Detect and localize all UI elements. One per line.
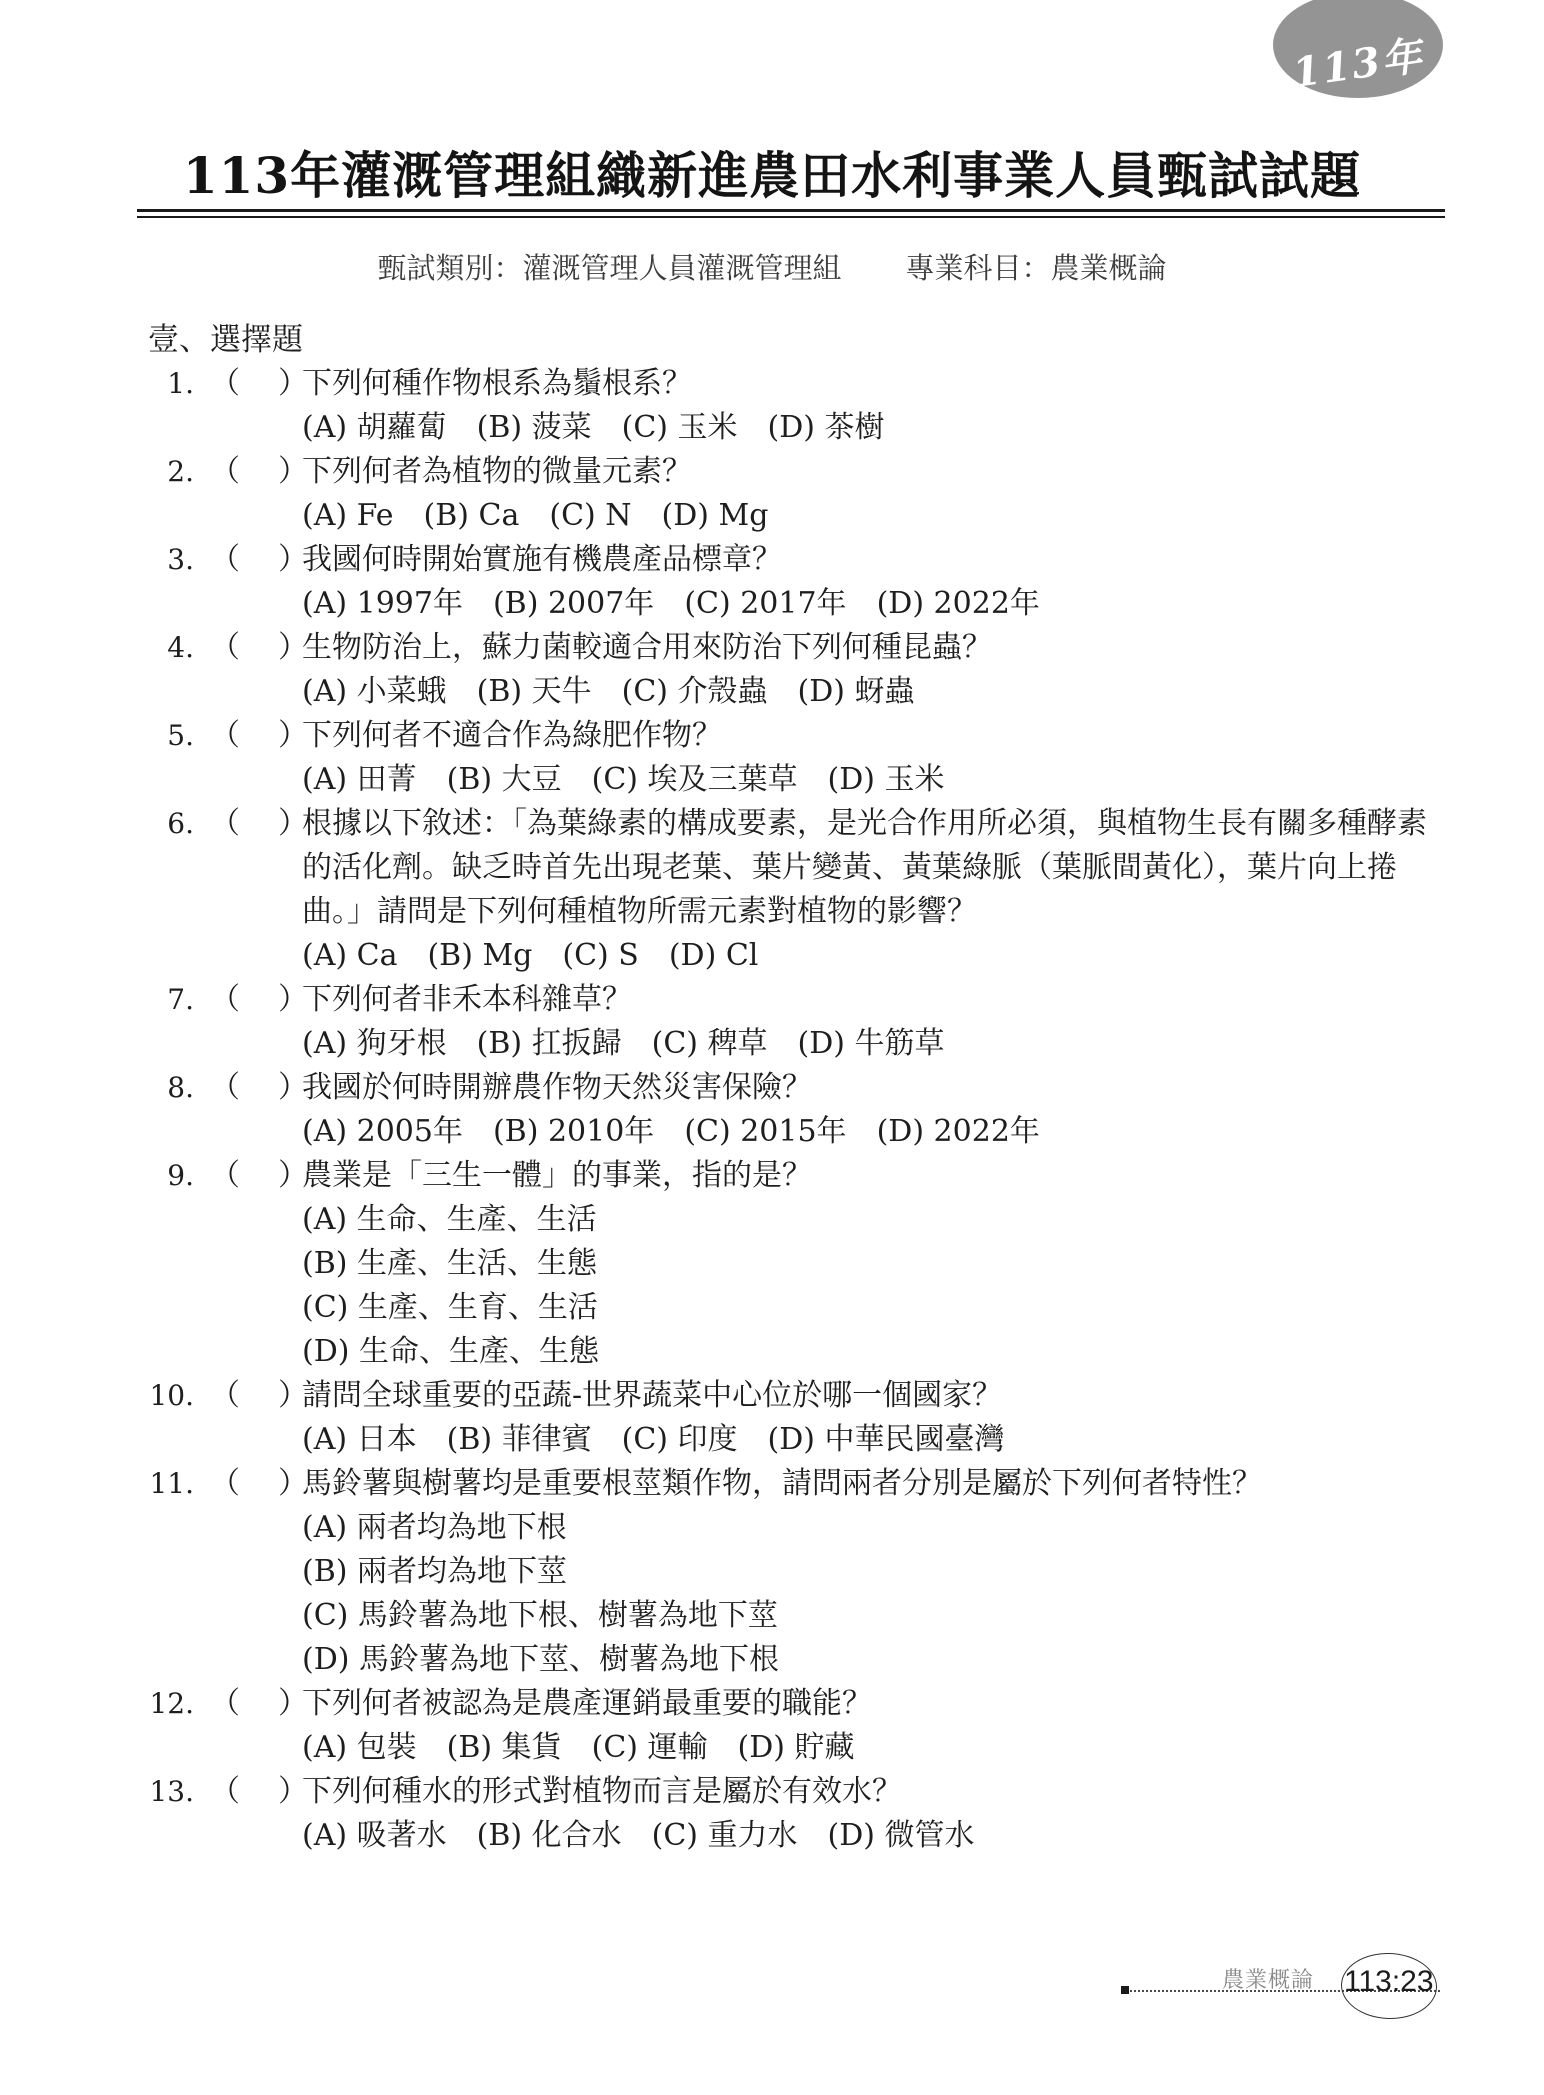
question-number: 4.	[148, 626, 194, 670]
question-options: (A) 日本(B) 菲律賓(C) 印度(D) 中華民國臺灣	[302, 1418, 1448, 1462]
question-options: (A) Fe(B) Ca(C) N(D) Mg	[302, 494, 1448, 538]
option-A: (A) 兩者均為地下根	[302, 1506, 1448, 1550]
question-body: 生物防治上，蘇力菌較適合用來防治下列何種昆蟲？(A) 小菜蛾(B) 天牛(C) …	[302, 626, 1448, 714]
question-number: 8.	[148, 1066, 194, 1110]
question-text: 生物防治上，蘇力菌較適合用來防治下列何種昆蟲？	[302, 626, 1448, 670]
footer-line-start-dot	[1121, 1986, 1129, 1994]
option-C: (C) 介殼蟲	[622, 674, 768, 709]
option-B: (B) 生產、生活、生態	[302, 1242, 1448, 1286]
option-B: (B) 2007年	[493, 586, 654, 621]
page-number: 113:23	[1344, 1965, 1434, 2007]
option-C: (C) 稗草	[652, 1026, 768, 1061]
question-number: 6.	[148, 802, 194, 846]
question-text: 請問全球重要的亞蔬-世界蔬菜中心位於哪一個國家？	[302, 1374, 1448, 1418]
question-row: 10.（ ）請問全球重要的亞蔬-世界蔬菜中心位於哪一個國家？(A) 日本(B) …	[148, 1374, 1448, 1462]
page-title: 113年灌溉管理組織新進農田水利事業人員甄試試題	[0, 136, 1544, 208]
option-D: (D) 馬鈴薯為地下莖、樹薯為地下根	[302, 1638, 1448, 1682]
option-C: (C) 馬鈴薯為地下根、樹薯為地下莖	[302, 1594, 1448, 1638]
question-row: 1.（ ）下列何種作物根系為鬚根系？(A) 胡蘿蔔(B) 菠菜(C) 玉米(D)…	[148, 362, 1448, 450]
question-number: 5.	[148, 714, 194, 758]
option-A: (A) 2005年	[302, 1114, 463, 1149]
page-number-ellipse: 113:23	[1340, 1951, 1438, 2020]
option-B: (B) 化合水	[477, 1818, 622, 1853]
option-A: (A) 1997年	[302, 586, 463, 621]
question-row: 12.（ ）下列何者被認為是農產運銷最重要的職能？(A) 包裝(B) 集貨(C)…	[148, 1682, 1448, 1770]
option-D: (D) 牛筋草	[798, 1026, 945, 1061]
question-body: 我國於何時開辦農作物天然災害保險？(A) 2005年(B) 2010年(C) 2…	[302, 1066, 1448, 1154]
option-B: (B) 扛扳歸	[477, 1026, 622, 1061]
question-options: (A) 1997年(B) 2007年(C) 2017年(D) 2022年	[302, 582, 1448, 626]
answer-parentheses: （ ）	[210, 1066, 278, 1110]
question-options: (A) 2005年(B) 2010年(C) 2015年(D) 2022年	[302, 1110, 1448, 1154]
question-options: (A) Ca(B) Mg(C) S(D) Cl	[302, 934, 1448, 978]
answer-parentheses: （ ）	[210, 626, 278, 670]
option-B: (B) 2010年	[493, 1114, 654, 1149]
question-options: (A) 狗牙根(B) 扛扳歸(C) 稗草(D) 牛筋草	[302, 1022, 1448, 1066]
option-A: (A) 胡蘿蔔	[302, 410, 447, 445]
question-row: 5.（ ）下列何者不適合作為綠肥作物？(A) 田菁(B) 大豆(C) 埃及三葉草…	[148, 714, 1448, 802]
question-number: 11.	[148, 1462, 194, 1506]
answer-parentheses: （ ）	[210, 1154, 278, 1198]
question-row: 8.（ ）我國於何時開辦農作物天然災害保險？(A) 2005年(B) 2010年…	[148, 1066, 1448, 1154]
option-C: (C) 重力水	[652, 1818, 798, 1853]
question-number: 10.	[148, 1374, 194, 1418]
question-number: 12.	[148, 1682, 194, 1726]
option-B: (B) 菠菜	[477, 410, 592, 445]
option-A: (A) 小菜蛾	[302, 674, 447, 709]
question-text: 我國何時開始實施有機農產品標章？	[302, 538, 1448, 582]
question-row: 6.（ ）根據以下敘述：「為葉綠素的構成要素，是光合作用所必須，與植物生長有關多…	[148, 802, 1448, 978]
question-text: 根據以下敘述：「為葉綠素的構成要素，是光合作用所必須，與植物生長有關多種酵素的活…	[302, 802, 1448, 934]
option-B: (B) Ca	[424, 498, 520, 533]
option-A: (A) 日本	[302, 1422, 417, 1457]
question-options: (A) 兩者均為地下根(B) 兩者均為地下莖(C) 馬鈴薯為地下根、樹薯為地下莖…	[302, 1506, 1448, 1682]
year-badge-label: 113年	[1289, 24, 1427, 99]
option-D: (D) 蚜蟲	[798, 674, 915, 709]
question-text: 下列何者為植物的微量元素？	[302, 450, 1448, 494]
question-row: 9.（ ）農業是「三生一體」的事業，指的是？(A) 生命、生產、生活(B) 生產…	[148, 1154, 1448, 1374]
question-text: 下列何者非禾本科雜草？	[302, 978, 1448, 1022]
answer-parentheses: （ ）	[210, 714, 278, 758]
question-text: 馬鈴薯與樹薯均是重要根莖類作物，請問兩者分別是屬於下列何者特性？	[302, 1462, 1448, 1506]
option-D: (D) 玉米	[828, 762, 945, 797]
option-A: (A) 生命、生產、生活	[302, 1198, 1448, 1242]
option-C: (C) 2015年	[684, 1114, 846, 1149]
answer-parentheses: （ ）	[210, 1770, 278, 1814]
option-B: (B) 菲律賓	[447, 1422, 592, 1457]
option-D: (D) 微管水	[828, 1818, 975, 1853]
question-text: 下列何種作物根系為鬚根系？	[302, 362, 1448, 406]
question-text: 下列何者被認為是農產運銷最重要的職能？	[302, 1682, 1448, 1726]
question-body: 下列何者非禾本科雜草？(A) 狗牙根(B) 扛扳歸(C) 稗草(D) 牛筋草	[302, 978, 1448, 1066]
question-number: 2.	[148, 450, 194, 494]
option-D: (D) Cl	[669, 938, 759, 973]
exam-paper-page: 113年 113年灌溉管理組織新進農田水利事業人員甄試試題 甄試類別：灌溉管理人…	[0, 0, 1544, 2095]
option-D: (D) 生命、生產、生態	[302, 1330, 1448, 1374]
option-C: (C) N	[549, 498, 631, 533]
answer-parentheses: （ ）	[210, 978, 278, 1022]
option-C: (C) 埃及三葉草	[592, 762, 798, 797]
option-B: (B) 天牛	[477, 674, 592, 709]
option-C: (C) 玉米	[622, 410, 738, 445]
subtitle-row: 甄試類別：灌溉管理人員灌溉管理組專業科目：農業概論	[0, 246, 1544, 287]
option-C: (C) 印度	[622, 1422, 738, 1457]
option-A: (A) Fe	[302, 498, 394, 533]
option-A: (A) 包裝	[302, 1730, 417, 1765]
question-row: 11.（ ）馬鈴薯與樹薯均是重要根莖類作物，請問兩者分別是屬於下列何者特性？(A…	[148, 1462, 1448, 1682]
question-text: 農業是「三生一體」的事業，指的是？	[302, 1154, 1448, 1198]
option-A: (A) 田菁	[302, 762, 417, 797]
answer-parentheses: （ ）	[210, 362, 278, 406]
answer-parentheses: （ ）	[210, 538, 278, 582]
option-C: (C) 2017年	[684, 586, 846, 621]
answer-parentheses: （ ）	[210, 1374, 278, 1418]
answer-parentheses: （ ）	[210, 802, 278, 846]
option-B: (B) 大豆	[447, 762, 562, 797]
option-C: (C) 運輸	[592, 1730, 708, 1765]
option-A: (A) Ca	[302, 938, 397, 973]
question-body: 下列何種水的形式對植物而言是屬於有效水？(A) 吸著水(B) 化合水(C) 重力…	[302, 1770, 1448, 1858]
question-body: 請問全球重要的亞蔬-世界蔬菜中心位於哪一個國家？(A) 日本(B) 菲律賓(C)…	[302, 1374, 1448, 1462]
option-B: (B) 兩者均為地下莖	[302, 1550, 1448, 1594]
question-text: 下列何者不適合作為綠肥作物？	[302, 714, 1448, 758]
option-D: (D) 貯藏	[738, 1730, 855, 1765]
question-body: 根據以下敘述：「為葉綠素的構成要素，是光合作用所必須，與植物生長有關多種酵素的活…	[302, 802, 1448, 978]
question-row: 7.（ ）下列何者非禾本科雜草？(A) 狗牙根(B) 扛扳歸(C) 稗草(D) …	[148, 978, 1448, 1066]
question-body: 下列何者被認為是農產運銷最重要的職能？(A) 包裝(B) 集貨(C) 運輸(D)…	[302, 1682, 1448, 1770]
option-B: (B) 集貨	[447, 1730, 562, 1765]
option-A: (A) 吸著水	[302, 1818, 447, 1853]
option-D: (D) 2022年	[877, 586, 1040, 621]
subject-label: 專業科目：農業概論	[906, 251, 1167, 285]
question-row: 2.（ ）下列何者為植物的微量元素？(A) Fe(B) Ca(C) N(D) M…	[148, 450, 1448, 538]
option-A: (A) 狗牙根	[302, 1026, 447, 1061]
question-options: (A) 小菜蛾(B) 天牛(C) 介殼蟲(D) 蚜蟲	[302, 670, 1448, 714]
question-number: 13.	[148, 1770, 194, 1814]
question-row: 4.（ ）生物防治上，蘇力菌較適合用來防治下列何種昆蟲？(A) 小菜蛾(B) 天…	[148, 626, 1448, 714]
answer-parentheses: （ ）	[210, 1682, 278, 1726]
option-B: (B) Mg	[427, 938, 532, 973]
question-text: 下列何種水的形式對植物而言是屬於有效水？	[302, 1770, 1448, 1814]
question-options: (A) 包裝(B) 集貨(C) 運輸(D) 貯藏	[302, 1726, 1448, 1770]
question-options: (A) 胡蘿蔔(B) 菠菜(C) 玉米(D) 茶樹	[302, 406, 1448, 450]
question-body: 農業是「三生一體」的事業，指的是？(A) 生命、生產、生活(B) 生產、生活、生…	[302, 1154, 1448, 1374]
question-options: (A) 吸著水(B) 化合水(C) 重力水(D) 微管水	[302, 1814, 1448, 1858]
question-number: 1.	[148, 362, 194, 406]
exam-category-label: 甄試類別：灌溉管理人員灌溉管理組	[377, 251, 841, 285]
option-D: (D) 茶樹	[768, 410, 885, 445]
question-number: 7.	[148, 978, 194, 1022]
title-double-rule	[137, 209, 1445, 218]
question-row: 3.（ ）我國何時開始實施有機農產品標章？(A) 1997年(B) 2007年(…	[148, 538, 1448, 626]
answer-parentheses: （ ）	[210, 1462, 278, 1506]
option-D: (D) 中華民國臺灣	[768, 1422, 1005, 1457]
answer-parentheses: （ ）	[210, 450, 278, 494]
section-header: 壹、選擇題	[148, 318, 1448, 362]
question-list: 1.（ ）下列何種作物根系為鬚根系？(A) 胡蘿蔔(B) 菠菜(C) 玉米(D)…	[148, 362, 1448, 1858]
question-options: (A) 田菁(B) 大豆(C) 埃及三葉草(D) 玉米	[302, 758, 1448, 802]
question-body: 下列何者不適合作為綠肥作物？(A) 田菁(B) 大豆(C) 埃及三葉草(D) 玉…	[302, 714, 1448, 802]
question-body: 馬鈴薯與樹薯均是重要根莖類作物，請問兩者分別是屬於下列何者特性？(A) 兩者均為…	[302, 1462, 1448, 1682]
question-options: (A) 生命、生產、生活(B) 生產、生活、生態(C) 生產、生育、生活(D) …	[302, 1198, 1448, 1374]
question-area: 壹、選擇題 1.（ ）下列何種作物根系為鬚根系？(A) 胡蘿蔔(B) 菠菜(C)…	[148, 318, 1448, 1858]
option-C: (C) S	[562, 938, 638, 973]
question-number: 9.	[148, 1154, 194, 1198]
question-text: 我國於何時開辦農作物天然災害保險？	[302, 1066, 1448, 1110]
question-row: 13.（ ）下列何種水的形式對植物而言是屬於有效水？(A) 吸著水(B) 化合水…	[148, 1770, 1448, 1858]
year-badge: 113年	[1273, 0, 1443, 98]
option-C: (C) 生產、生育、生活	[302, 1286, 1448, 1330]
question-number: 3.	[148, 538, 194, 582]
question-body: 下列何種作物根系為鬚根系？(A) 胡蘿蔔(B) 菠菜(C) 玉米(D) 茶樹	[302, 362, 1448, 450]
option-D: (D) Mg	[662, 498, 769, 533]
question-body: 下列何者為植物的微量元素？(A) Fe(B) Ca(C) N(D) Mg	[302, 450, 1448, 538]
question-body: 我國何時開始實施有機農產品標章？(A) 1997年(B) 2007年(C) 20…	[302, 538, 1448, 626]
option-D: (D) 2022年	[877, 1114, 1040, 1149]
